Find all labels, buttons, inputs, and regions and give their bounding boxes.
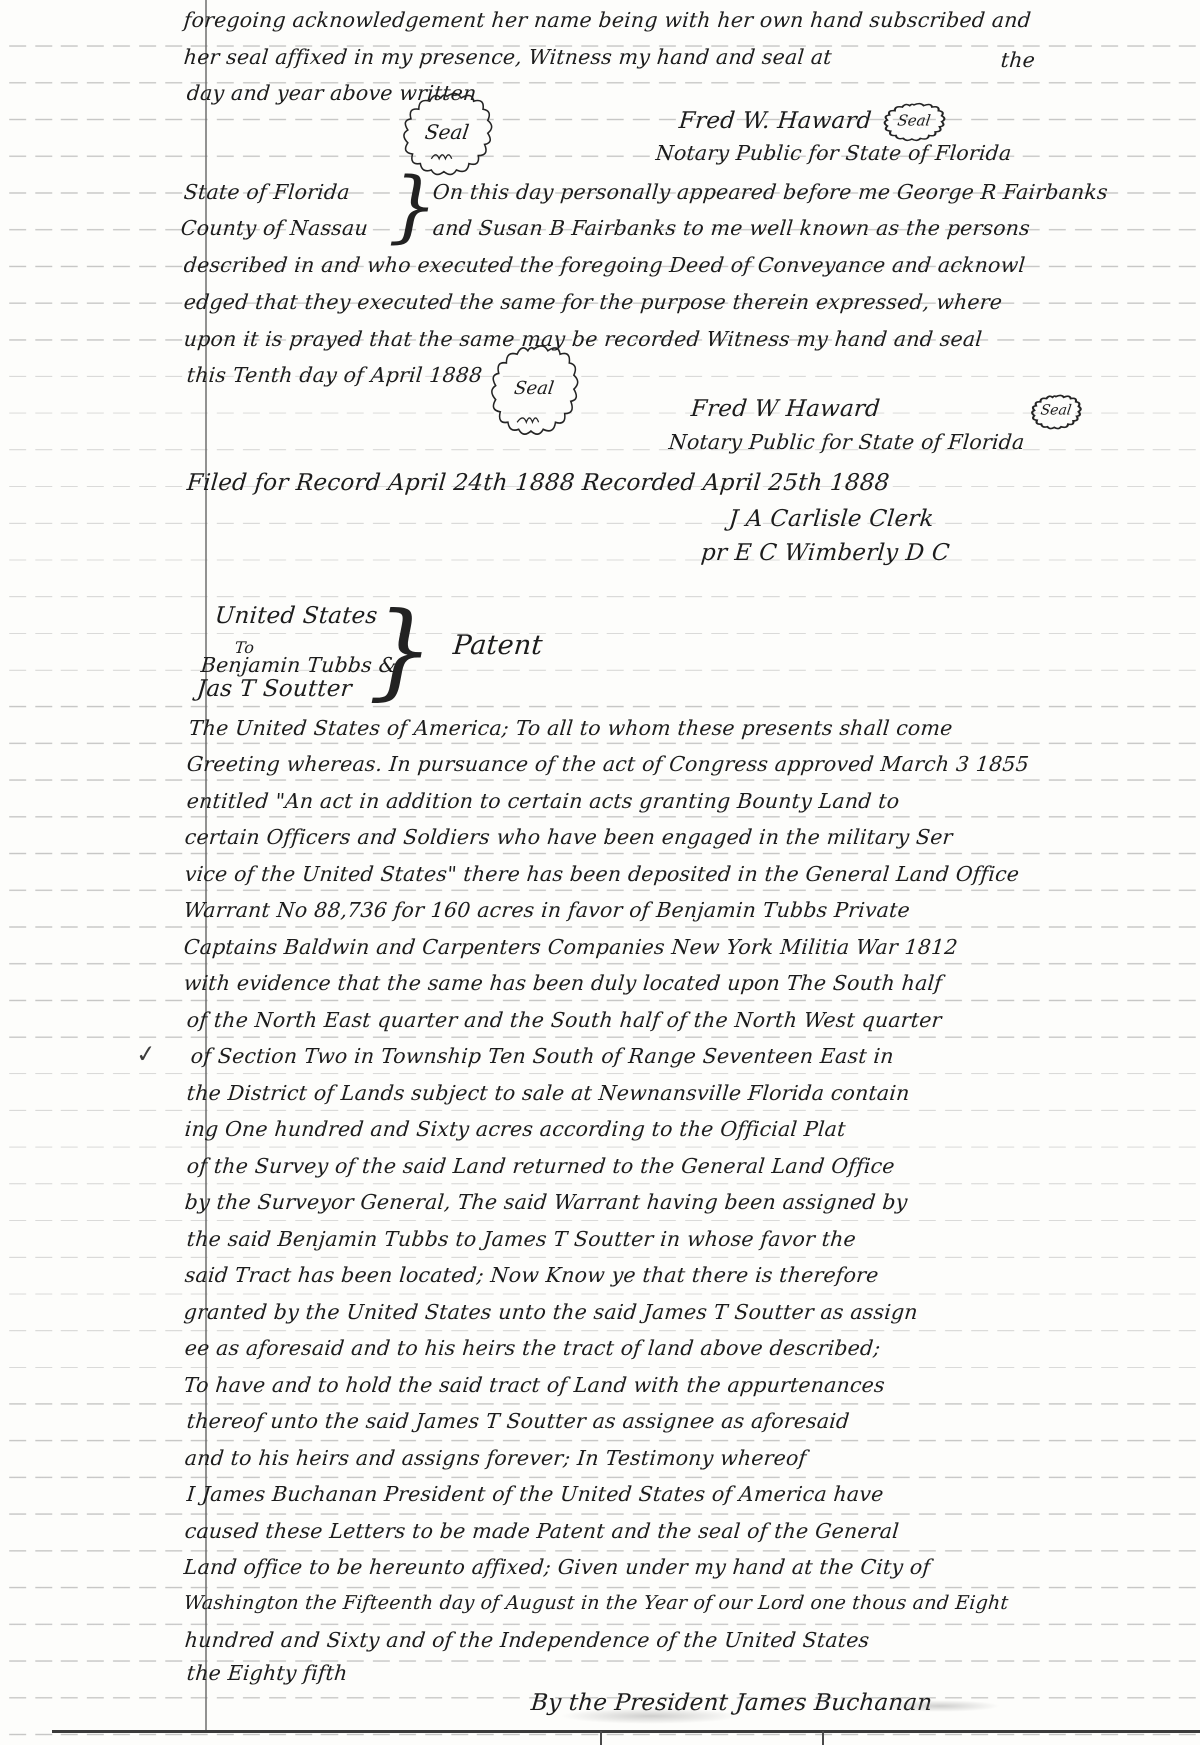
caption-party-top: United States <box>214 605 378 628</box>
handwritten-line: of the North East quarter and the South … <box>186 1010 943 1031</box>
clerk-signature: J A Carlisle Clerk <box>728 508 935 531</box>
handwritten-line: To have and to hold the said tract of La… <box>183 1375 886 1396</box>
handwritten-line: the District of Lands subject to sale at… <box>186 1083 911 1104</box>
deputy-clerk-signature: pr E C Wimberly D C <box>700 542 951 565</box>
handwritten-line: described in and who executed the forego… <box>183 255 1026 276</box>
handwritten-line: with evidence that the same has been dul… <box>183 973 943 994</box>
handwritten-line: this Tenth day of April 1888 <box>186 365 483 386</box>
handwritten-line: Washington the Fifteenth day of August i… <box>183 1594 1009 1613</box>
seal-word: Seal <box>487 378 582 399</box>
handwritten-line: and to his heirs and assigns forever; In… <box>184 1448 807 1469</box>
seal-scribble: Seal <box>488 342 580 438</box>
handwritten-line: Greeting whereas. In pursuance of the ac… <box>186 754 1030 775</box>
bottom-tick <box>600 1731 602 1745</box>
handwritten-line: Land office to be hereunto affixed; Give… <box>183 1557 931 1578</box>
scan-smudge <box>560 1708 740 1724</box>
handwritten-line: ing One hundred and Sixty acres accordin… <box>184 1119 846 1140</box>
notary-signature: Fred W Haward <box>690 398 881 421</box>
bottom-page-rule <box>52 1730 1200 1733</box>
handwritten-line: Captains Baldwin and Carpenters Companie… <box>183 937 959 958</box>
caption-grantee-2: Jas T Soutter <box>196 678 353 701</box>
handwritten-line: caused these Letters to be made Patent a… <box>184 1521 900 1542</box>
handwritten-line: On this day personally appeared before m… <box>432 182 1109 203</box>
handwritten-line: by the Surveyor General, The said Warran… <box>184 1192 908 1213</box>
handwritten-line: Warrant No 88,736 for 160 acres in favor… <box>183 900 911 921</box>
caption-doc-type: Patent <box>452 632 544 659</box>
seal-word: Seal <box>398 120 495 144</box>
handwritten-line: foregoing acknowledgement her name being… <box>183 10 1032 31</box>
venue-state: State of Florida <box>183 182 351 203</box>
notary-signature: Fred W. Haward <box>678 110 873 133</box>
venue-county: County of Nassau <box>180 218 369 239</box>
seal-word: Seal <box>881 112 948 130</box>
handwritten-line: hundred and Sixty and of the Independenc… <box>184 1630 870 1651</box>
handwritten-line: thereof unto the said James T Soutter as… <box>186 1411 850 1432</box>
handwritten-line: certain Officers and Soldiers who have b… <box>184 827 954 848</box>
handwritten-line: ee as aforesaid and to his heirs the tra… <box>184 1338 881 1359</box>
bottom-tick <box>822 1731 824 1745</box>
caption-brace: } <box>368 598 434 702</box>
filed-for-record-line: Filed for Record April 24th 1888 Recorde… <box>186 472 890 495</box>
handwritten-line: of Section Two in Township Ten South of … <box>190 1046 895 1067</box>
scan-smudge <box>880 1700 1000 1712</box>
handwritten-line: upon it is prayed that the same may be r… <box>183 329 983 350</box>
notary-title: Notary Public for State of Florida <box>655 143 1012 164</box>
handwritten-line: the said Benjamin Tubbs to James T Soutt… <box>186 1229 857 1250</box>
handwritten-line: of the Survey of the said Land returned … <box>186 1156 896 1177</box>
handwritten-line: the Eighty fifth <box>186 1663 348 1684</box>
handwritten-line: entitled "An act in addition to certain … <box>186 791 900 812</box>
handwritten-line: and Susan B Fairbanks to me well known a… <box>432 218 1031 239</box>
seal-scribble-small: Seal <box>882 102 946 142</box>
handwritten-line-fragment: the <box>1000 50 1036 71</box>
handwritten-line: granted by the United States unto the sa… <box>183 1302 919 1323</box>
handwritten-line: vice of the United States" there has bee… <box>184 864 1020 885</box>
seal-word: Seal <box>1029 403 1083 419</box>
margin-checkmark: ✓ <box>135 1039 158 1069</box>
handwritten-line: The United States of America; To all to … <box>188 718 953 739</box>
notary-title: Notary Public for State of Florida <box>668 432 1025 453</box>
handwritten-line: said Tract has been located; Now Know ye… <box>184 1265 879 1286</box>
deed-book-page: foregoing acknowledgement her name being… <box>0 0 1200 1745</box>
handwritten-line: edged that they executed the same for th… <box>183 292 1003 313</box>
seal-scribble-small: Seal <box>1030 394 1082 430</box>
handwritten-line: I James Buchanan President of the United… <box>186 1484 884 1505</box>
handwritten-line: her seal affixed in my presence, Witness… <box>183 47 833 68</box>
venue-brace: } <box>388 168 438 246</box>
